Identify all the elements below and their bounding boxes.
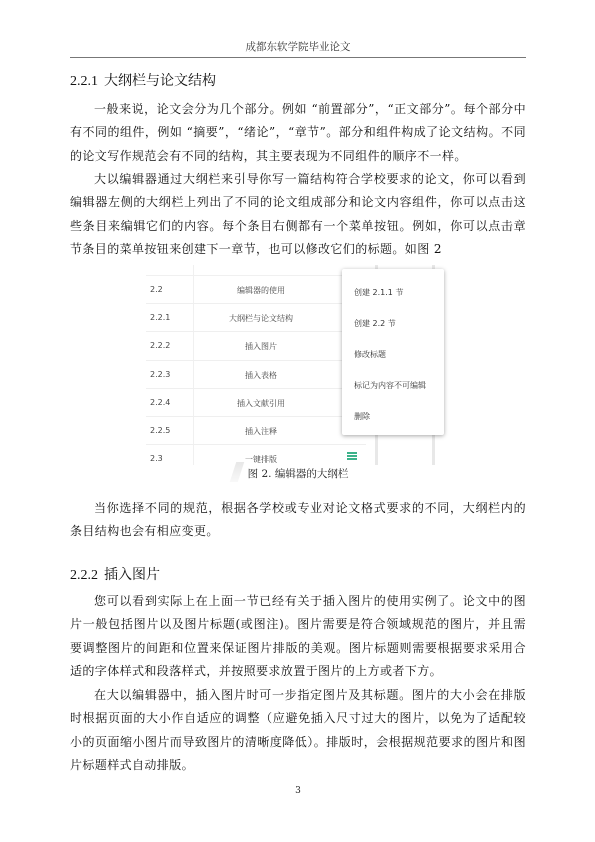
outline-item[interactable]: 2.2.1 大纲栏与论文结构 (146, 304, 366, 332)
menu-item-mark-readonly[interactable]: 标记为内容不可编辑 (342, 380, 444, 391)
paragraph: 一般来说，论文会分为几个部分。例如 “前置部分”，“正文部分”。每个部分中有不同… (70, 98, 526, 168)
paragraph: 大以编辑器通过大纲栏来引导你写一篇结构符合学校要求的论文，你可以看到编辑器左侧的… (70, 168, 526, 261)
section-title: 大纲栏与论文结构 (104, 73, 216, 89)
paragraph: 当你选择不同的规范，根据各学校或专业对论文格式要求的不同，大纲栏内的条目结构也会… (70, 497, 526, 544)
menu-item-create-2-2[interactable]: 创建 2.2 节 (342, 318, 444, 329)
outline-item-index: 2.3 (150, 454, 163, 463)
outline-item-title: 插入表格 (201, 370, 321, 381)
section-number: 2.2.1 (70, 74, 98, 89)
section-heading-2-2-2: 2.2.2插入图片 (70, 566, 160, 585)
outline-item-title: 插入图片 (201, 341, 321, 352)
outline-item-index: 2.2.4 (150, 398, 170, 407)
paragraph: 您可以看到实际上在上面一节已经有关于插入图片的使用实例了。论文中的图片一般包括图… (70, 590, 526, 683)
menu-item-rename[interactable]: 修改标题 (342, 349, 444, 360)
section-number: 2.2.2 (70, 568, 98, 583)
outline-item[interactable]: 2.2 编辑器的使用 (146, 276, 366, 304)
outline-top-spacer (146, 265, 366, 276)
outline-item[interactable]: 2.2.2 插入图片 (146, 332, 366, 360)
section-heading-2-2-1: 2.2.1大纲栏与论文结构 (70, 72, 216, 91)
outline-item-index: 2.2.3 (150, 370, 170, 379)
header-divider (70, 57, 526, 58)
list-menu-icon[interactable] (347, 452, 357, 461)
outline-item-title: 插入文献引用 (201, 398, 321, 409)
running-header: 成都东软学院毕业论文 (70, 40, 526, 54)
outline-item-title: 一键排版 (201, 454, 321, 465)
outline-item-index: 2.2.2 (150, 341, 170, 350)
outline-item[interactable]: 2.2.5 插入注释 (146, 417, 366, 445)
outline-item-title: 插入注释 (201, 426, 321, 437)
outline-item-index: 2.2.5 (150, 426, 170, 435)
figure-outline-panel: 2.2 编辑器的使用 2.2.1 大纲栏与论文结构 2.2.2 插入图片 2.2… (146, 265, 446, 465)
context-menu: 创建 2.1.1 节 创建 2.2 节 修改标题 标记为内容不可编辑 删除 (342, 269, 444, 435)
outline-item-index: 2.2.1 (150, 313, 170, 322)
outline-item-title: 编辑器的使用 (201, 285, 321, 296)
outline-item-title: 大纲栏与论文结构 (201, 313, 321, 324)
outline-item-index: 2.2 (150, 285, 163, 294)
outline-sidebar: 2.2 编辑器的使用 2.2.1 大纲栏与论文结构 2.2.2 插入图片 2.2… (146, 265, 366, 465)
outline-item[interactable]: 2.2.4 插入文献引用 (146, 389, 366, 417)
menu-item-create-2-1-1[interactable]: 创建 2.1.1 节 (342, 287, 444, 298)
figure-caption: 图 2. 编辑器的大纲栏 (70, 466, 526, 481)
page-number: 3 (70, 786, 526, 796)
menu-item-delete[interactable]: 删除 (342, 411, 444, 422)
paragraph: 在大以编辑器中，插入图片时可一步指定图片及其标题。图片的大小会在排版时根据页面的… (70, 684, 526, 777)
outline-item[interactable]: 2.2.3 插入表格 (146, 361, 366, 389)
section-title: 插入图片 (104, 567, 160, 583)
